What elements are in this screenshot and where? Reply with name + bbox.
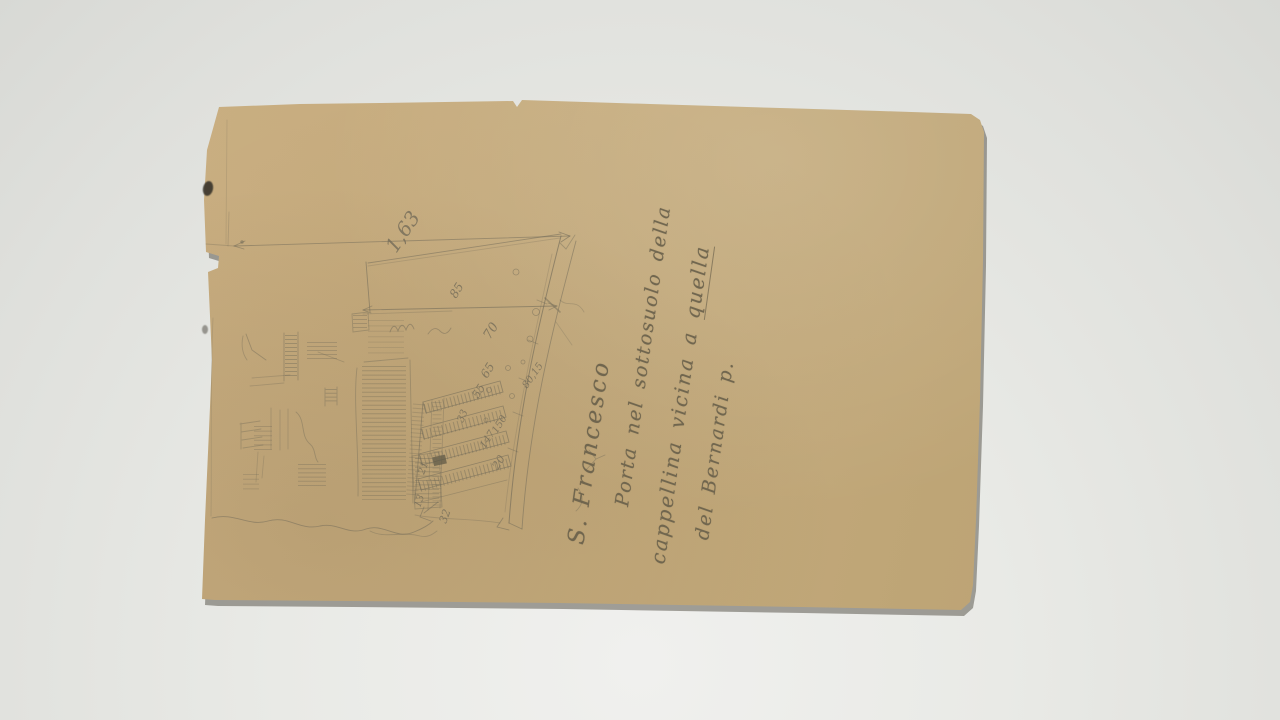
dim-label-85: 85 [447,280,467,300]
dimension-total-label: 1,63 [380,206,425,256]
dim-label-70: 70 [481,320,502,342]
photo-of-sketch-page: 1,63 85 70 65 55 80,15 150 147 20 33 21 … [0,0,1280,720]
sketch-hatching [251,315,509,508]
sketch-dots [484,269,540,422]
dim-label-33: 33 [456,408,471,424]
measurement-labels: 1,63 85 70 65 55 80,15 150 147 20 33 21 … [380,206,546,525]
dim-label-32: 32 [437,507,454,525]
dim-label-65: 65 [478,360,498,380]
dim-label-80-15: 80,15 [520,361,545,391]
